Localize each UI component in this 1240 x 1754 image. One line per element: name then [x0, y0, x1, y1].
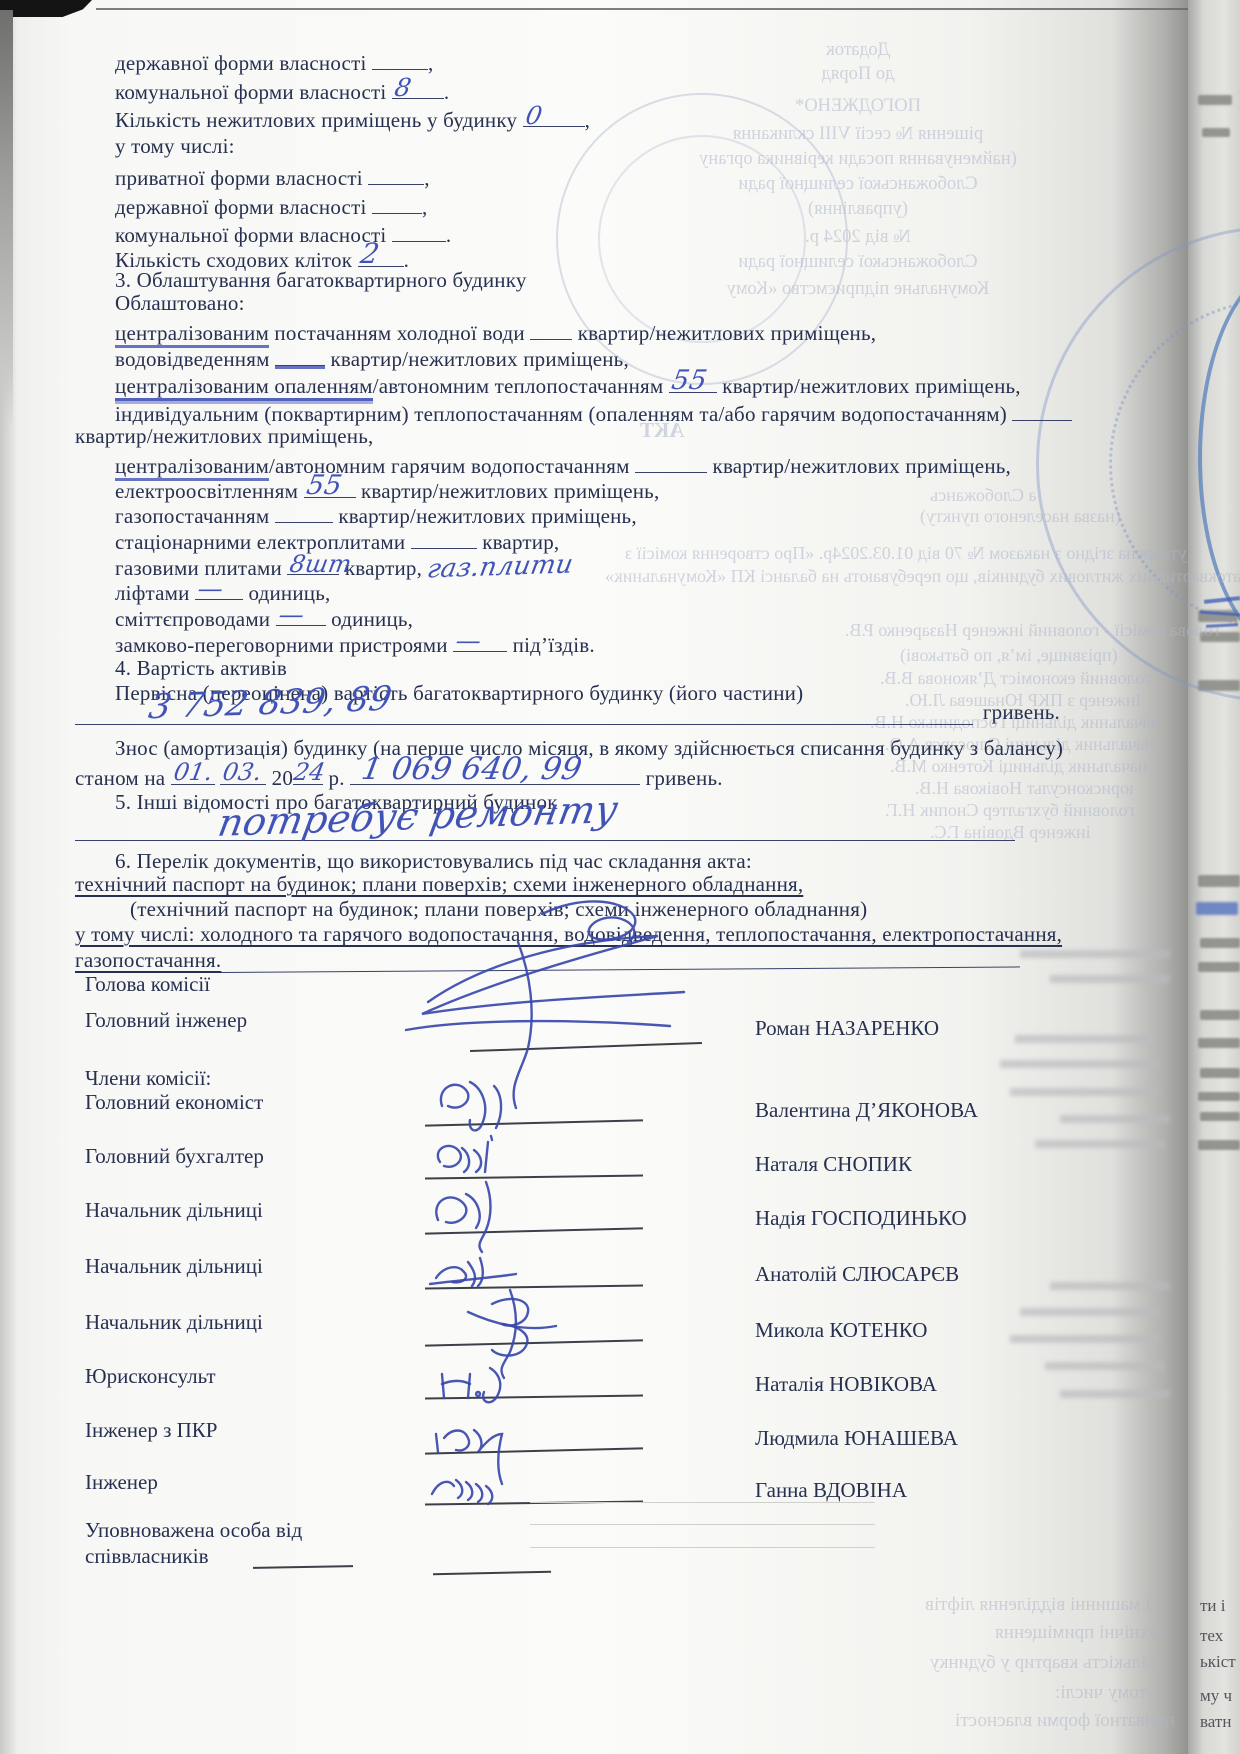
form-line: у тому числі: [115, 134, 235, 159]
next-page-blurred-text [1198, 875, 1240, 887]
next-page-blurred-text [1200, 1068, 1240, 1078]
next-page-text-fragment: ти і [1200, 1596, 1226, 1616]
bleedthrough-text: технічні приміщення [995, 1622, 1165, 1644]
bleedthrough-smudge [1000, 1060, 1160, 1068]
bleedthrough-text: а Слобожансь [930, 485, 1036, 506]
sig-label: Головний бухгалтер [85, 1144, 264, 1169]
sig-label-chief-engineer: Головний інженер [85, 1008, 247, 1033]
blank-field: — [453, 630, 507, 652]
sig-label-chair: Голова комісії [85, 972, 210, 997]
form-line: (технічний паспорт на будинок; плани пов… [130, 897, 867, 922]
blank-field [368, 163, 424, 185]
bleedthrough-smudge [1010, 1088, 1160, 1096]
form-line: 3 752 839, 89 гривень. [75, 700, 1060, 725]
form-line: сміттєпроводами — одиниць, [115, 604, 413, 632]
blank-field: 8шт [287, 553, 339, 575]
form-line: централізованим/автономним гарячим водоп… [115, 451, 1011, 479]
bleedthrough-smudge [1060, 1115, 1170, 1123]
blank-field: 0 [523, 105, 585, 127]
next-page-blurred-text [1200, 1010, 1240, 1020]
bleedthrough-smudge [1020, 950, 1170, 958]
sig-name: Наталя СНОПИК [755, 1152, 912, 1177]
next-page-blurred-text [1198, 95, 1232, 105]
bleedthrough-line [530, 1502, 875, 1503]
bleedthrough-smudge [1035, 1140, 1165, 1148]
form-line: газопостачанням квартир/нежитлових примі… [115, 501, 637, 529]
handwritten-day: 01. [171, 758, 215, 786]
sig-name: Анатолій СЛЮСАРЄВ [755, 1262, 959, 1287]
bleedthrough-text: утворена згідно з наказом № 70 від 01.03… [625, 543, 1187, 564]
section3-subheading: Облаштовано: [115, 291, 245, 316]
bleedthrough-line [530, 1524, 875, 1525]
scan-corner-artifact [0, 0, 92, 17]
handwritten-value: 55 [304, 470, 344, 501]
form-line: комунальної форми власності 8. [115, 77, 449, 105]
bleedthrough-text: Слобожанської селищної ради [738, 252, 977, 273]
next-page-text-fragment: тех [1200, 1626, 1223, 1646]
signature-line [425, 1339, 643, 1346]
blank-field: 1 069 640, 99 [350, 763, 640, 785]
bleedthrough-smudge [1010, 1335, 1160, 1343]
form-line: технічний паспорт на будинок; плани пове… [75, 872, 803, 897]
blank-field [275, 344, 325, 366]
signature-ink [370, 880, 710, 1540]
blank-field: 55 [304, 476, 356, 498]
form-line: у тому числі: холодного та гарячого водо… [75, 922, 1062, 947]
form-line: державної форми власності , [115, 48, 433, 76]
bleedthrough-text: рішення № сесії VIII скликання [733, 124, 983, 145]
underlying-page-edge: ти ітехькістму чватн [1188, 0, 1240, 1754]
next-page-text-fragment: му ч [1200, 1686, 1232, 1706]
scanned-document-page: ти ітехькістму чватн Додатокдо ПорядПОГО… [0, 0, 1240, 1754]
bleedthrough-smudge [1045, 1362, 1165, 1370]
form-line: державної форми власності , [115, 192, 427, 220]
bleedthrough-text: юрисконсульт Новікова Н.В. [915, 778, 1133, 799]
next-page-pen-mark [1196, 902, 1238, 915]
signature-line [425, 1394, 643, 1399]
blank-field: — [276, 604, 326, 626]
signature-line [470, 1042, 702, 1052]
handwritten-note: газ.плити [424, 549, 575, 584]
next-page-blurred-text [1198, 1038, 1240, 1048]
bleedthrough-smudge [1020, 1308, 1160, 1316]
handwritten-value: — [196, 574, 226, 603]
sig-label: Начальник дільниці [85, 1254, 263, 1279]
blank-field [275, 501, 333, 523]
form-line: комунальної форми власності . [115, 220, 451, 248]
sig-name: Валентина Д’ЯКОНОВА [755, 1098, 978, 1123]
sig-name: Ганна ВДОВІНА [755, 1478, 907, 1503]
bleedthrough-text: (управління) [808, 199, 908, 220]
blank-field [530, 318, 572, 340]
bleedthrough-text: до Поряд [821, 64, 894, 85]
next-page-blurred-text [1202, 128, 1230, 137]
blank-field: 03. [220, 763, 266, 785]
bleedthrough-text: Слобожанської селищної ради [738, 174, 977, 195]
sig-label-authorized2: співвласників [85, 1544, 209, 1569]
blank-field [635, 451, 707, 473]
sig-label: Юрисконсульт [85, 1364, 216, 1389]
bleedthrough-text: (назва населеного пункту) [920, 506, 1121, 527]
signature-line [425, 1447, 643, 1454]
blank-field: 8 [392, 77, 444, 99]
bleedthrough-text: і машинні відділення ліфтів [925, 1594, 1151, 1616]
sig-members-heading: Члени комісії: [85, 1066, 211, 1091]
sig-label: Інженер з ПКР [85, 1418, 218, 1443]
next-page-blurred-text [1200, 938, 1240, 948]
form-line: замково-переговорними пристроями — під’ї… [115, 630, 595, 658]
handwritten-year: 24 [292, 758, 328, 786]
form-line: індивідуальним (поквартирним) теплопоста… [115, 399, 1072, 427]
next-page-blurred-text [1200, 1112, 1240, 1121]
bleedthrough-text: тому числі: [1055, 1682, 1147, 1704]
next-page-blurred-text [1198, 1092, 1240, 1101]
next-page-blurred-text [1198, 962, 1240, 972]
section3-heading: 3. Облаштування багатоквартирного будинк… [115, 268, 527, 293]
sig-label: Головний економіст [85, 1090, 263, 1115]
bleedthrough-smudge [1060, 1390, 1170, 1398]
handwritten-amount: 1 069 640, 99 [359, 751, 585, 787]
bleedthrough-text: кількість квартир у будинку [930, 1652, 1156, 1674]
sig-label: Начальник дільниці [85, 1198, 263, 1223]
fill-rule: потребує ремонту [75, 806, 1015, 841]
bleedthrough-line [530, 1547, 875, 1548]
form-line: потребує ремонту [75, 806, 1015, 841]
form-line: електроосвітленням 55 квартир/нежитлових… [115, 476, 659, 504]
bleedthrough-text: головний економіст Д’яконова В.В. [880, 668, 1151, 689]
sig-label: Інженер [85, 1470, 158, 1495]
blank-field: 01. [171, 763, 215, 785]
blank-field [372, 48, 428, 70]
page-left-edge-shadow [0, 10, 13, 430]
bleedthrough-text: № від 2024 р. [805, 227, 911, 248]
sig-name: Наталія НОВІКОВА [755, 1372, 937, 1397]
blank-field: 55 [669, 371, 717, 393]
handwritten-amount: 3 752 839, 89 [146, 679, 395, 727]
bleedthrough-text: (найменування посади керівника органу [699, 149, 1017, 170]
form-line: газопостачання. [75, 948, 1020, 973]
form-line: централізованим постачанням холодної вод… [115, 318, 876, 346]
sig-name-chief-engineer: Роман НАЗАРЕНКО [755, 1016, 939, 1041]
blank-field [372, 192, 422, 214]
bleedthrough-text: Додаток [826, 40, 891, 61]
signature-line [253, 1565, 353, 1569]
page-curl-shadow [1110, 0, 1188, 1754]
next-page-blurred-text [1198, 1140, 1240, 1150]
next-page-text-fragment: ватн [1200, 1712, 1231, 1732]
bleedthrough-text: голова комісії - головний інженер Назаре… [845, 620, 1220, 641]
bleedthrough-smudge [1015, 1035, 1155, 1043]
handwritten-value: — [454, 626, 484, 655]
blank-field: 24 [293, 763, 323, 785]
blank-field [392, 220, 446, 242]
signature-line [433, 1571, 551, 1575]
form-line: Кількість нежитлових приміщень у будинку… [115, 105, 590, 133]
handwritten-value: 0 [523, 101, 544, 130]
scan-top-edge-line [96, 8, 1196, 10]
blank-field: 2 [358, 245, 404, 267]
fill-rule [221, 945, 1020, 973]
form-line: станом на 01. 03. 2024 р. 1 069 640, 99 … [75, 763, 723, 791]
sig-name: Микола КОТЕНКО [755, 1318, 927, 1343]
sig-label: Начальник дільниці [85, 1310, 263, 1335]
bleedthrough-text: ПОГОДЖЕНО* [795, 96, 921, 117]
form-line: квартир/нежитлових приміщень, [75, 424, 373, 449]
handwritten-value: 8шт [288, 550, 354, 578]
handwritten-value: — [276, 600, 306, 629]
next-page-blurred-text [1198, 680, 1240, 691]
sig-label-authorized: Уповноважена особа від [85, 1518, 302, 1543]
handwritten-value: 8 [392, 73, 413, 102]
form-line: централізованим опаленням/автономним теп… [115, 371, 1021, 399]
bleedthrough-text: (прізвище, ім’я, по батькові) [900, 645, 1118, 666]
handwritten-value: 55 [669, 365, 709, 396]
bleedthrough-text: Комунальне підприємство «Кому [727, 279, 989, 300]
fill-rule: 3 752 839, 89 [75, 703, 973, 725]
bleedthrough-smudge [1050, 975, 1170, 983]
bleedthrough-smudge [1050, 1282, 1170, 1290]
sig-name: Людмила ЮНАШЕВА [755, 1426, 958, 1451]
signature-line [425, 1284, 643, 1289]
handwritten-month: 03. [221, 758, 265, 786]
blank-field [411, 527, 477, 549]
signature-line [425, 1227, 643, 1234]
bleedthrough-text: багатоквартирних житлових будинків, що п… [605, 566, 1240, 587]
form-line: водовідведенням квартир/нежитлових примі… [115, 344, 629, 372]
blank-field: — [195, 578, 243, 600]
blank-field [1012, 399, 1072, 421]
section4-heading: 4. Вартість активів [115, 656, 287, 681]
form-line: приватної форми власності , [115, 163, 430, 191]
bleedthrough-text: приватної форми власності [955, 1710, 1175, 1732]
signature-line [425, 1174, 643, 1179]
section6-heading: 6. Перелік документів, що використовувал… [115, 849, 752, 874]
next-page-text-fragment: ькіст [1200, 1652, 1236, 1672]
sig-name: Надія ГОСПОДИНЬКО [755, 1206, 967, 1231]
signature-line [425, 1119, 643, 1126]
